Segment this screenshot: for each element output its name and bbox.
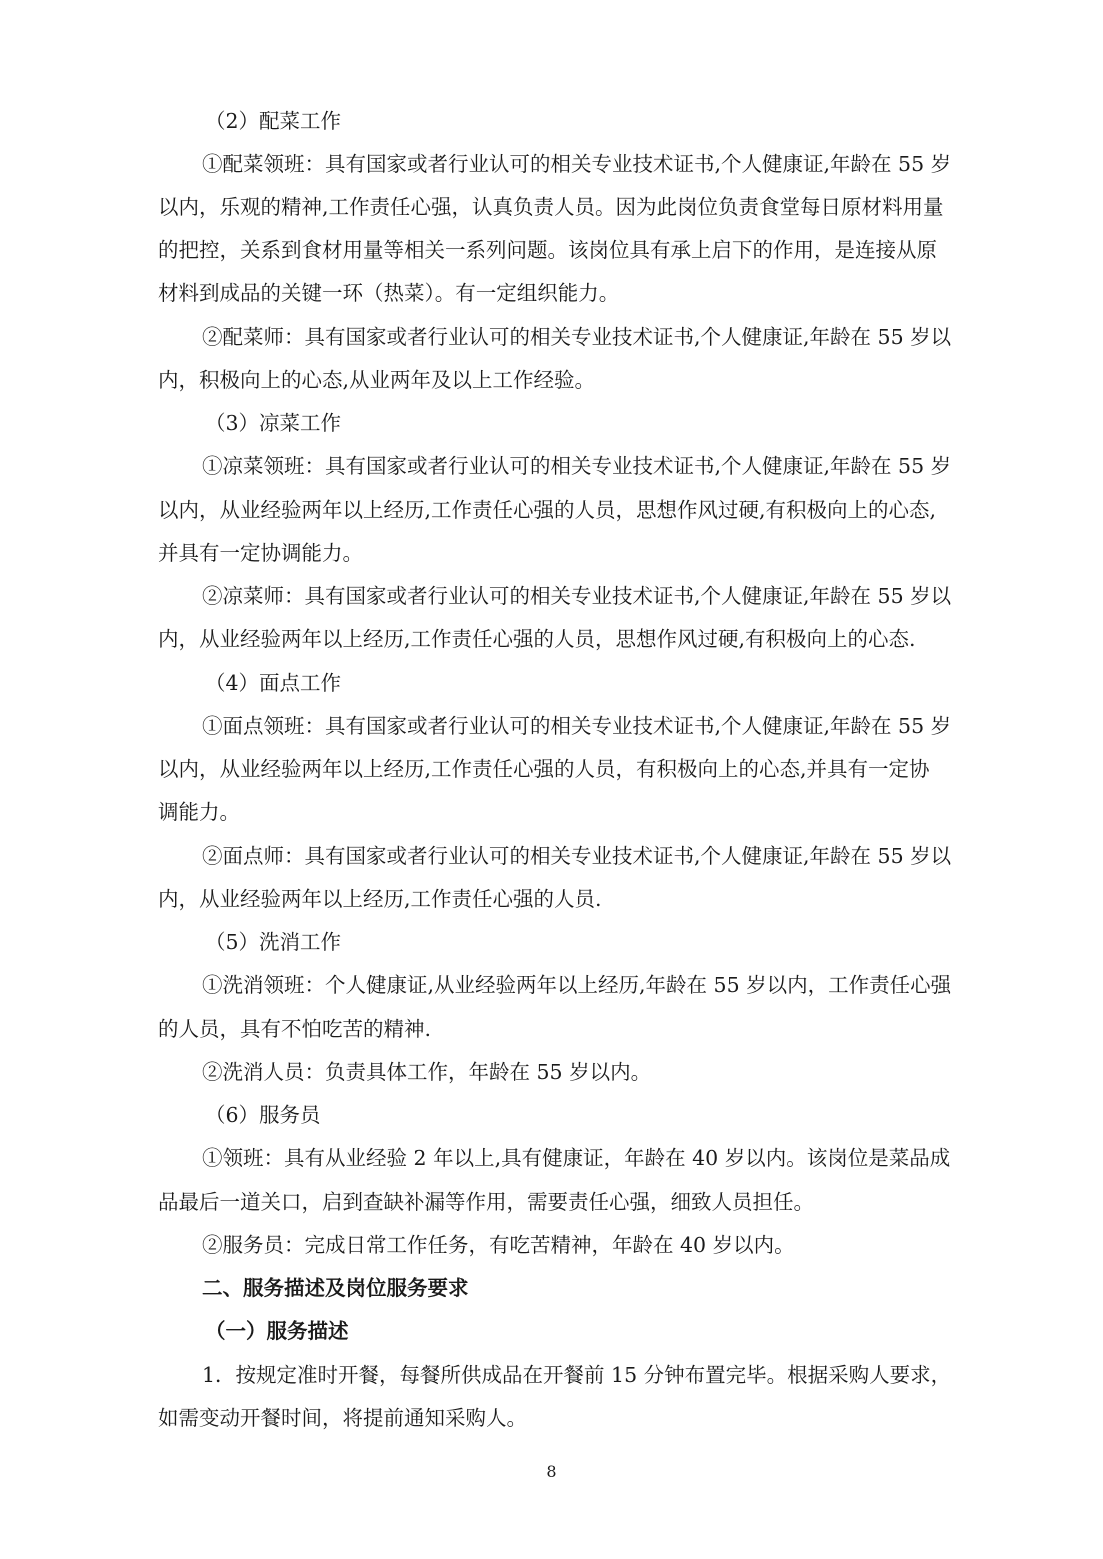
line-30: 如需变动开餐时间，将提前通知采购人。 [158,1405,527,1431]
line-18: 内，从业经验两年以上经历,工作责任心强的人员. [158,886,602,912]
line-29: 1．按规定准时开餐，每餐所供成品在开餐前 15 分钟布置完毕。根据采购人要求， [202,1362,951,1388]
page-number: 8 [0,1462,1103,1481]
line-5: ②配菜师：具有国家或者行业认可的相关专业技术证书,个人健康证,年龄在 55 岁以 [202,324,951,350]
line-21: 的人员，具有不怕吃苦的精神. [158,1016,431,1042]
line-1: ①配菜领班：具有国家或者行业认可的相关专业技术证书,个人健康证,年龄在 55 岁 [202,151,951,177]
line-11: ②凉菜师：具有国家或者行业认可的相关专业技术证书,个人健康证,年龄在 55 岁以 [202,583,951,609]
line-6: 内，积极向上的心态,从业两年及以上工作经验。 [158,367,595,393]
section-heading: 二、服务描述及岗位服务要求 [202,1275,469,1301]
line-24: ①领班：具有从业经验 2 年以上,具有健康证，年龄在 40 岁以内。该岗位是菜品… [202,1145,950,1171]
line-12: 内，从业经验两年以上经历,工作责任心强的人员，思想作风过硬,有积极向上的心态. [158,626,916,652]
line-17: ②面点师：具有国家或者行业认可的相关专业技术证书,个人健康证,年龄在 55 岁以 [202,843,951,869]
line-26: ②服务员：完成日常工作任务，有吃苦精神，年龄在 40 岁以内。 [202,1232,795,1258]
line-8: ①凉菜领班：具有国家或者行业认可的相关专业技术证书,个人健康证,年龄在 55 岁 [202,453,951,479]
line-25: 品最后一道关口，启到查缺补漏等作用，需要责任心强，细致人员担任。 [158,1189,814,1215]
line-22: ②洗消人员：负责具体工作，年龄在 55 岁以内。 [202,1059,651,1085]
line-23: （6）服务员 [205,1102,321,1128]
line-3: 的把控，关系到食材用量等相关一系列问题。该岗位具有承上启下的作用，是连接从原 [158,237,937,263]
line-7: （3）凉菜工作 [205,410,341,436]
line-9: 以内，从业经验两年以上经历,工作责任心强的人员，思想作风过硬,有积极向上的心态, [158,497,936,523]
subsection-heading: （一）服务描述 [205,1318,349,1344]
line-13: （4）面点工作 [205,670,341,696]
line-4: 材料到成品的关键一环（热菜）。有一定组织能力。 [158,280,619,306]
line-19: （5）洗消工作 [205,929,341,955]
line-0: （2）配菜工作 [205,108,341,134]
line-20: ①洗消领班：个人健康证,从业经验两年以上经历,年龄在 55 岁以内，工作责任心强 [202,972,951,998]
line-2: 以内，乐观的精神,工作责任心强，认真负责人员。因为此岗位负责食堂每日原材料用量 [158,194,944,220]
line-10: 并具有一定协调能力。 [158,540,363,566]
line-15: 以内，从业经验两年以上经历,工作责任心强的人员，有积极向上的心态,并具有一定协 [158,756,930,782]
line-14: ①面点领班：具有国家或者行业认可的相关专业技术证书,个人健康证,年龄在 55 岁 [202,713,951,739]
line-16: 调能力。 [158,799,240,825]
